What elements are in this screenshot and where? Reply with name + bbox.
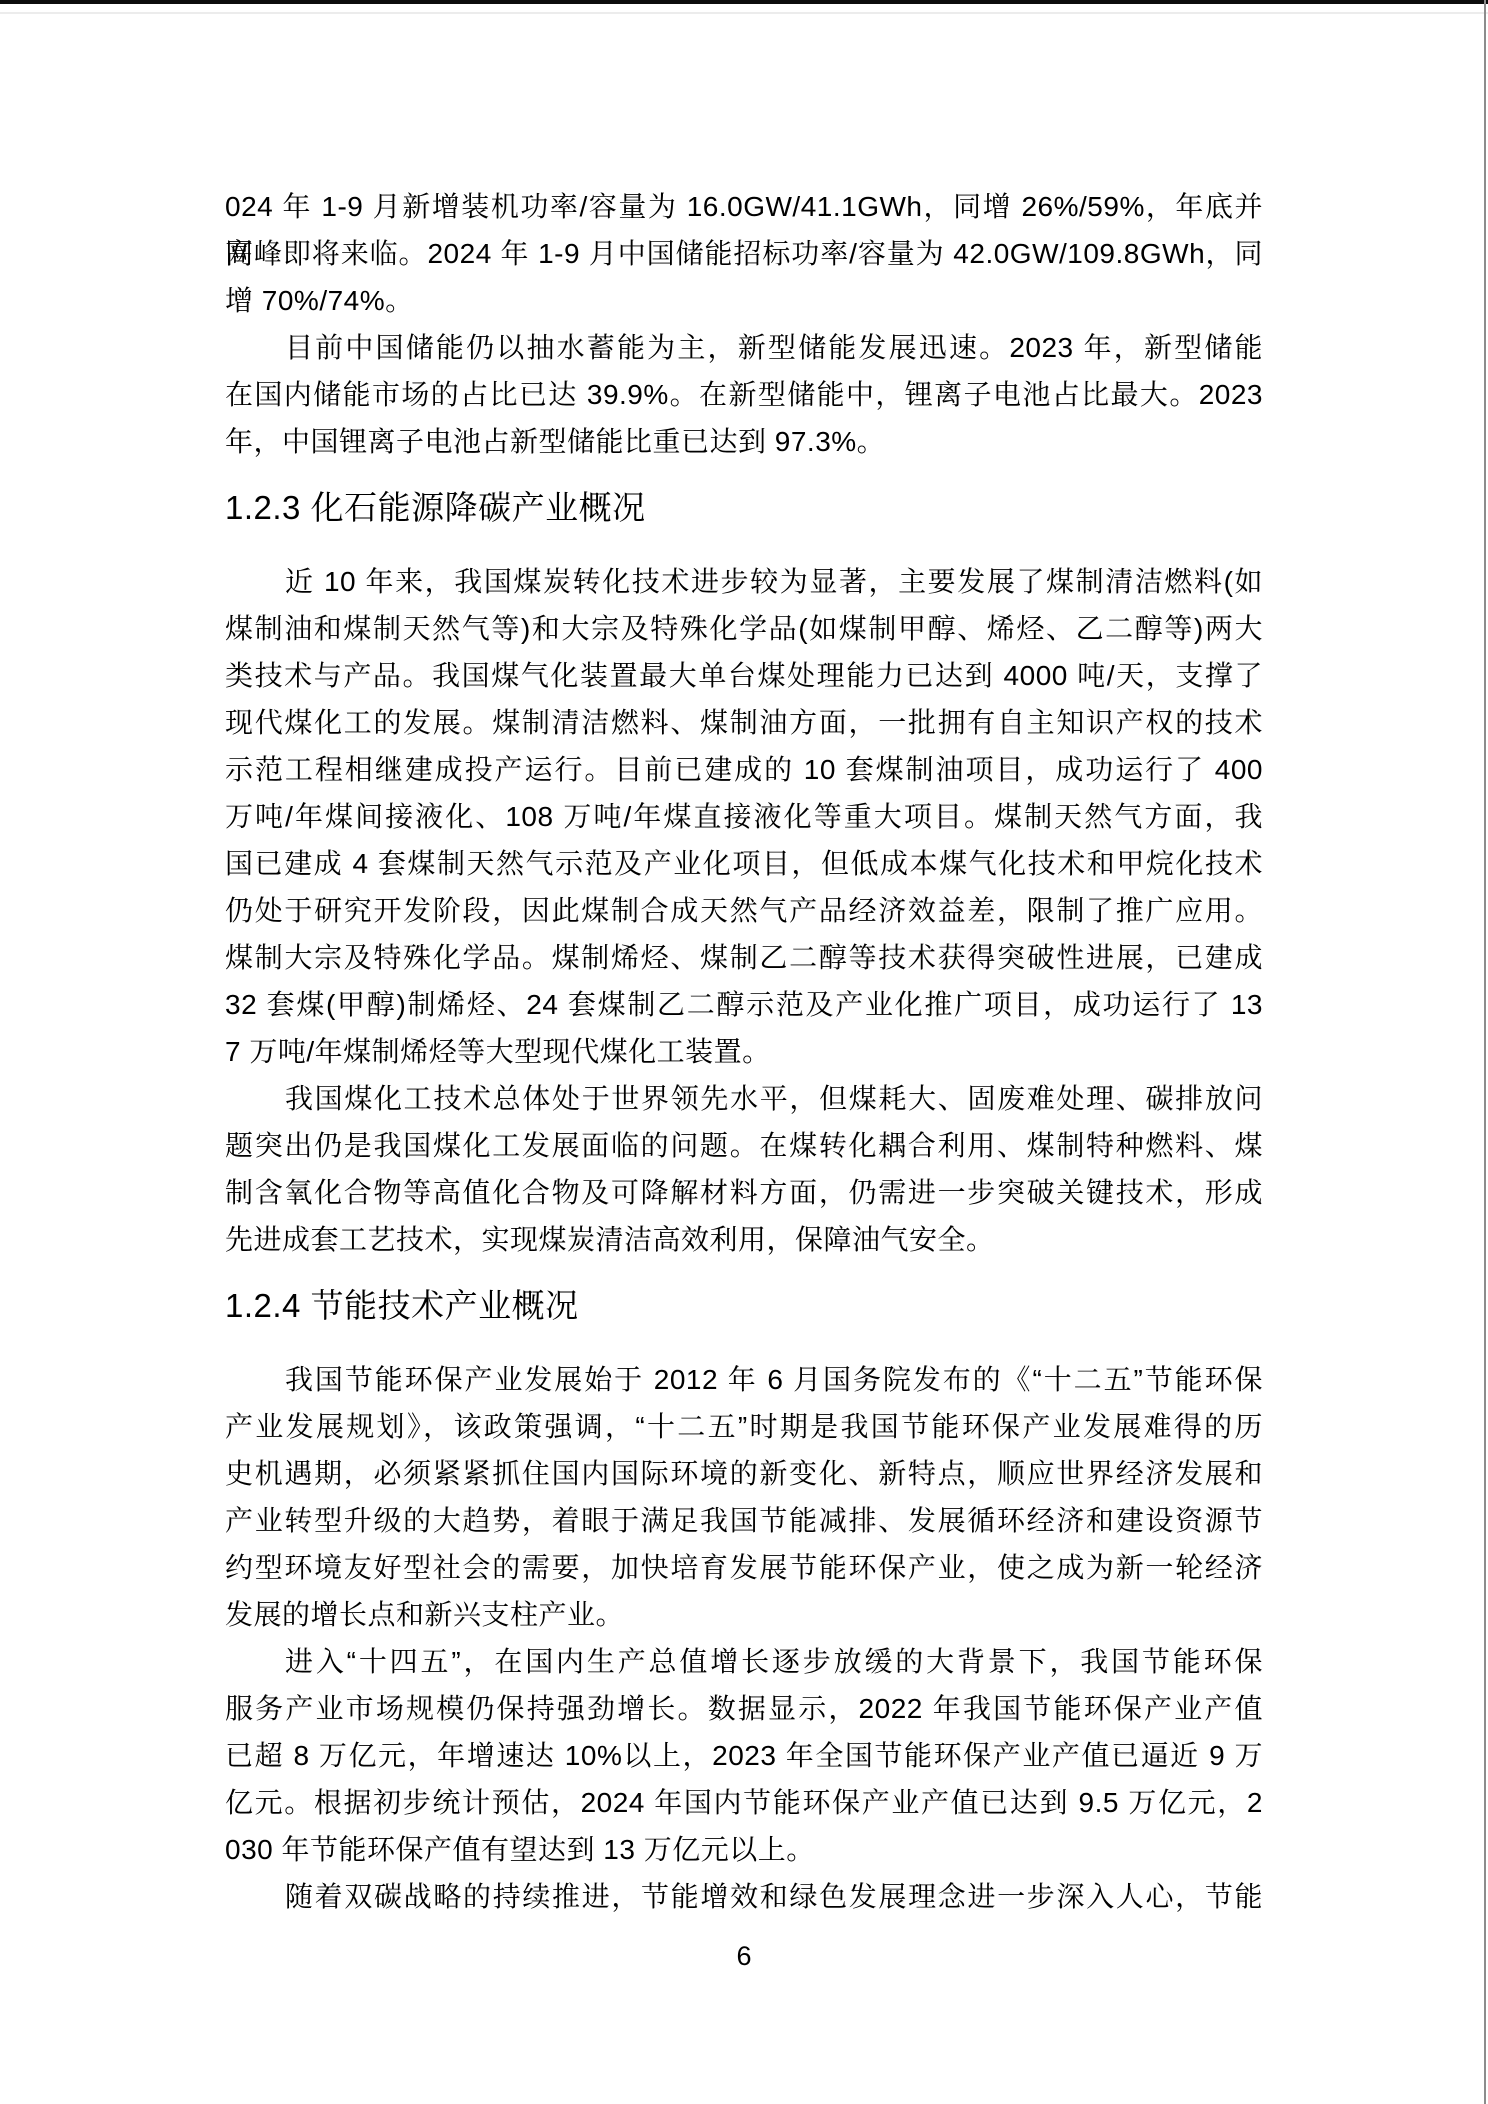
section-heading-1-2-3: 1.2.3 化石能源降碳产业概况 [225,484,1263,532]
text-line: 现代煤化工的发展。煤制清洁燃料、煤制油方面，一批拥有自主知识产权的技术 [225,699,1263,746]
text-line: 煤制大宗及特殊化学品。煤制烯烃、煤制乙二醇等技术获得突破性进展，已建成 [225,934,1263,981]
paragraph: 024 年 1-9 月新增装机功率/容量为 16.0GW/41.1GWh，同增 … [225,183,1263,324]
text-line: 024 年 1-9 月新增装机功率/容量为 16.0GW/41.1GWh，同增 … [225,183,1263,230]
text-line: 已超 8 万亿元，年增速达 10%以上，2023 年全国节能环保产业产值已逼近 … [225,1732,1263,1779]
text-line: 年，中国锂离子电池占新型储能比重已达到 97.3%。 [225,418,1263,465]
text-line: 先进成套工艺技术，实现煤炭清洁高效利用，保障油气安全。 [225,1216,1263,1263]
text-line: 类技术与产品。我国煤气化装置最大单台煤处理能力已达到 4000 吨/天，支撑了 [225,652,1263,699]
text-line: 在国内储能市场的占比已达 39.9%。在新型储能中，锂离子电池占比最大。2023 [225,371,1263,418]
text-line: 我国煤化工技术总体处于世界领先水平，但煤耗大、固废难处理、碳排放问 [225,1075,1263,1122]
text-line: 进入“十四五”，在国内生产总值增长逐步放缓的大背景下，我国节能环保 [225,1638,1263,1685]
paragraph: 我国煤化工技术总体处于世界领先水平，但煤耗大、固废难处理、碳排放问 题突出仍是我… [225,1075,1263,1263]
text-line: 产业转型升级的大趋势，着眼于满足我国节能减排、发展循环经济和建设资源节 [225,1497,1263,1544]
text-line: 示范工程相继建成投产运行。目前已建成的 10 套煤制油项目，成功运行了 400 [225,746,1263,793]
document-page: { "document": { "colors": { "background"… [0,0,1488,2104]
paragraph: 随着双碳战略的持续推进，节能增效和绿色发展理念进一步深入人心，节能 [225,1873,1263,1920]
text-line: 发展的增长点和新兴支柱产业。 [225,1591,1263,1638]
page-right-border [1484,0,1486,2104]
paragraph: 进入“十四五”，在国内生产总值增长逐步放缓的大背景下，我国节能环保 服务产业市场… [225,1638,1263,1873]
text-line: 万吨/年煤间接液化、108 万吨/年煤直接液化等重大项目。煤制天然气方面，我 [225,793,1263,840]
paragraph: 我国节能环保产业发展始于 2012 年 6 月国务院发布的《“十二五”节能环保 … [225,1356,1263,1638]
text-line: 增 70%/74%。 [225,277,1263,324]
text-line: 7 万吨/年煤制烯烃等大型现代煤化工装置。 [225,1028,1263,1075]
paragraph: 目前中国储能仍以抽水蓄能为主，新型储能发展迅速。2023 年，新型储能 在国内储… [225,324,1263,465]
text-line: 制含氧化合物等高值化合物及可降解材料方面，仍需进一步突破关键技术，形成 [225,1169,1263,1216]
page-top-border [0,0,1488,4]
text-line: 题突出仍是我国煤化工发展面临的问题。在煤转化耦合利用、煤制特种燃料、煤 [225,1122,1263,1169]
text-line: 仍处于研究开发阶段，因此煤制合成天然气产品经济效益差，限制了推广应用。 [225,887,1263,934]
text-line: 我国节能环保产业发展始于 2012 年 6 月国务院发布的《“十二五”节能环保 [225,1356,1263,1403]
text-line: 产业发展规划》，该政策强调，“十二五”时期是我国节能环保产业发展难得的历 [225,1403,1263,1450]
page-top-hairline [0,12,1488,14]
text-line: 32 套煤(甲醇)制烯烃、24 套煤制乙二醇示范及产业化推广项目，成功运行了 1… [225,981,1263,1028]
text-line: 随着双碳战略的持续推进，节能增效和绿色发展理念进一步深入人心，节能 [225,1873,1263,1920]
text-line: 亿元。根据初步统计预估，2024 年国内节能环保产业产值已达到 9.5 万亿元，… [225,1779,1263,1826]
text-line: 030 年节能环保产值有望达到 13 万亿元以上。 [225,1826,1263,1873]
text-line: 服务产业市场规模仍保持强劲增长。数据显示，2022 年我国节能环保产业产值 [225,1685,1263,1732]
text-line: 目前中国储能仍以抽水蓄能为主，新型储能发展迅速。2023 年，新型储能 [225,324,1263,371]
section-heading-1-2-4: 1.2.4 节能技术产业概况 [225,1282,1263,1330]
text-line: 近 10 年来，我国煤炭转化技术进步较为显著，主要发展了煤制清洁燃料(如 [225,558,1263,605]
text-line: 史机遇期，必须紧紧抓住国内国际环境的新变化、新特点，顺应世界经济发展和 [225,1450,1263,1497]
text-line: 约型环境友好型社会的需要，加快培育发展节能环保产业，使之成为新一轮经济 [225,1544,1263,1591]
text-line: 高峰即将来临。2024 年 1-9 月中国储能招标功率/容量为 42.0GW/1… [225,230,1263,277]
page-body-text: 024 年 1-9 月新增装机功率/容量为 16.0GW/41.1GWh，同增 … [225,183,1263,1920]
paragraph: 近 10 年来，我国煤炭转化技术进步较为显著，主要发展了煤制清洁燃料(如 煤制油… [225,558,1263,1075]
text-line: 煤制油和煤制天然气等)和大宗及特殊化学品(如煤制甲醇、烯烃、乙二醇等)两大 [225,605,1263,652]
text-line: 国已建成 4 套煤制天然气示范及产业化项目，但低成本煤气化技术和甲烷化技术 [225,840,1263,887]
page-number: 6 [0,1936,1488,1976]
